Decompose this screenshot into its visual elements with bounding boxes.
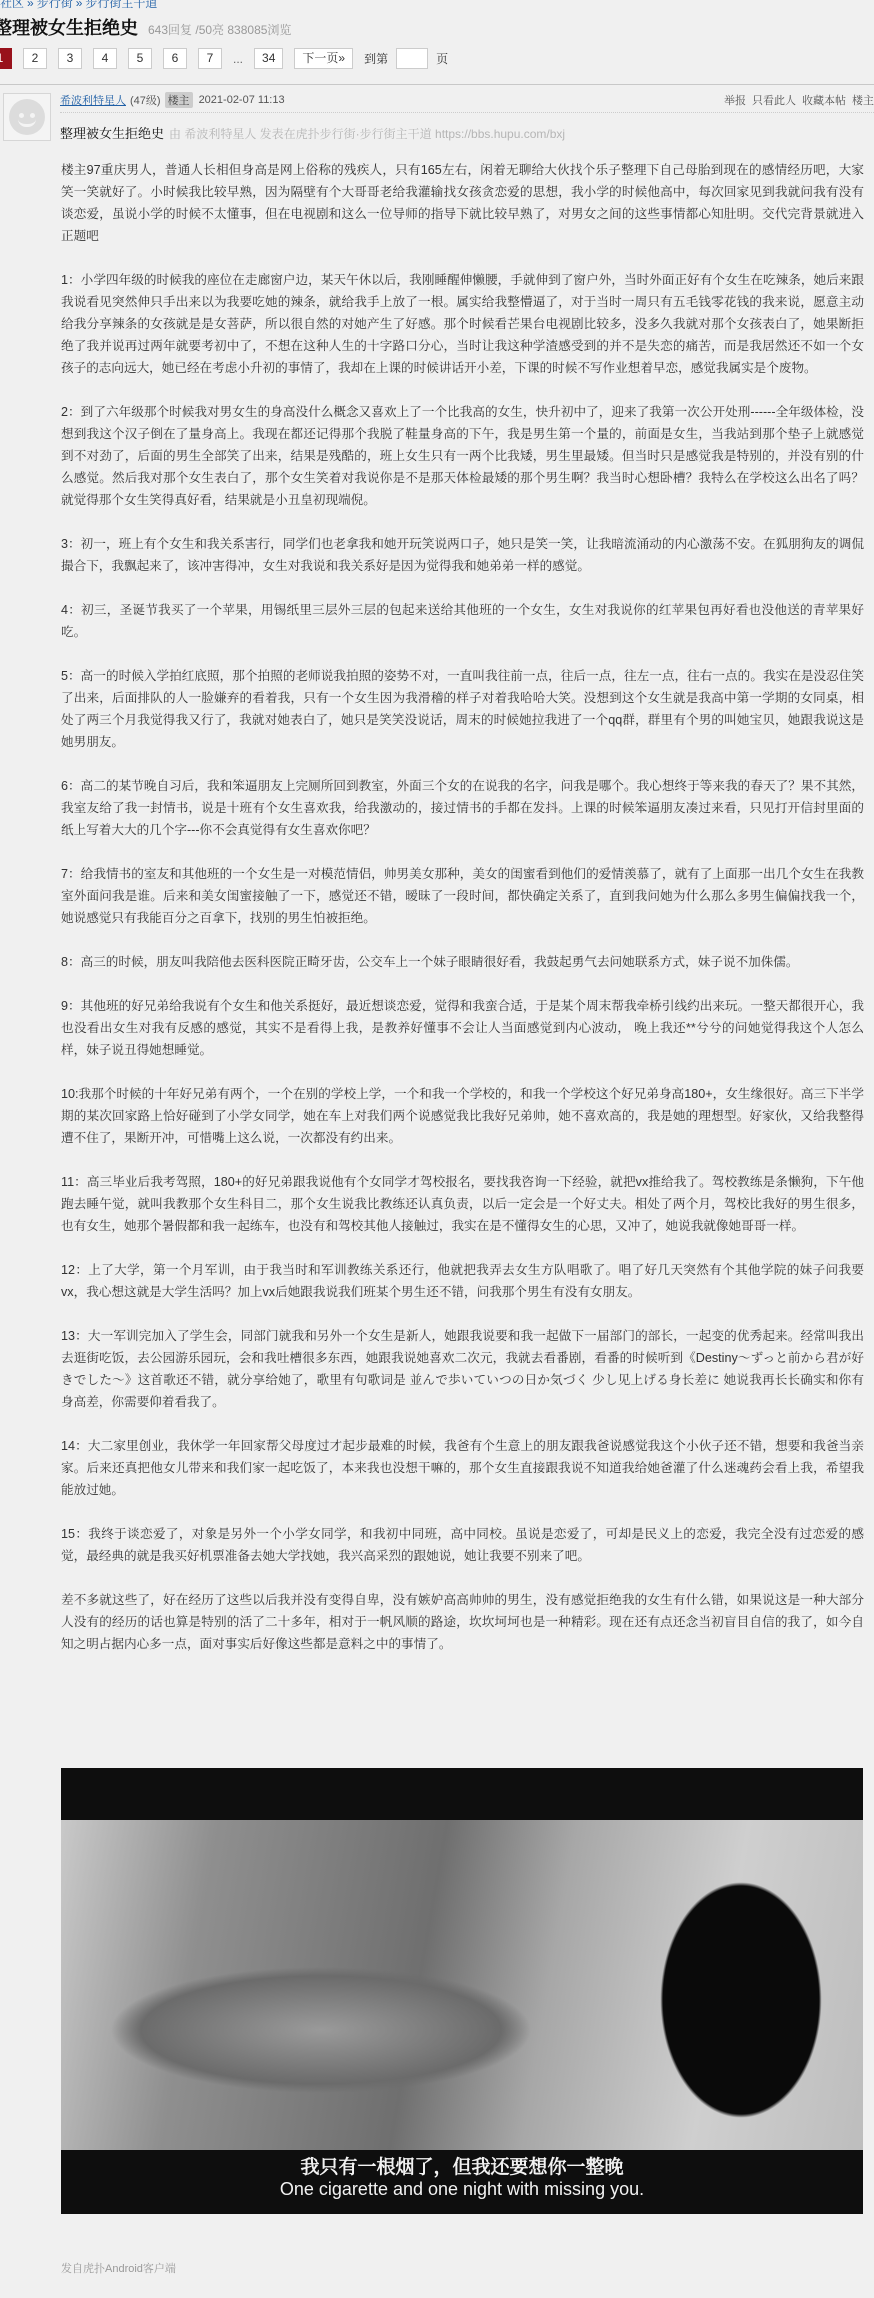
image-subtitle-en: One cigarette and one night with missing… — [61, 2179, 863, 2200]
floor-label: 楼主 — [852, 92, 874, 108]
paragraph-1: 1：小学四年级的时候我的座位在走廊窗户边，某天午休以后，我刚睡醒伸懒腰，手就伸到… — [61, 269, 864, 379]
thread-title: 整理被女生拒绝史 — [0, 14, 138, 40]
next-page-button[interactable]: 下一页» — [294, 48, 353, 69]
goto-page-suffix: 页 — [436, 50, 448, 67]
breadcrumb-link-bxj-main[interactable]: 步行街主干道 — [85, 0, 157, 10]
report-link[interactable]: 举报 — [724, 92, 746, 108]
paragraph-12: 12：上了大学，第一个月军训，由于我当时和军训教练关系还行，他就把我弄去女生方队… — [61, 1259, 864, 1303]
breadcrumb-separator: » — [76, 0, 83, 10]
page-6-button[interactable]: 6 — [163, 48, 187, 69]
author-level: (47级) — [130, 92, 161, 108]
paragraph-4: 4：初三，圣诞节我买了一个苹果，用锡纸里三层外三层的包起来送给其他班的一个女生，… — [61, 599, 864, 643]
post-subject: 整理被女生拒绝史 — [60, 123, 164, 142]
avatar[interactable] — [3, 93, 51, 141]
paragraph-10: 10:我那个时候的十年好兄弟有两个，一个在别的学校上学，一个和我一个学校的，和我… — [61, 1083, 864, 1149]
post-image[interactable]: 我只有一根烟了，但我还要想你一整晚 One cigarette and one … — [61, 1768, 863, 2214]
post-subject-row: 整理被女生拒绝史 由 希波利特星人 发表在虎扑步行街·步行街主干道 https:… — [60, 123, 874, 142]
page-5-button[interactable]: 5 — [128, 48, 152, 69]
paragraph-2: 2：到了六年级那个时候我对男女生的身高没什么概念又喜欢上了一个比我高的女生，快升… — [61, 401, 864, 511]
op-badge: 楼主 — [165, 92, 193, 108]
thread-stats: 643回复 /50亮 838085浏览 — [148, 21, 291, 38]
thread-title-row: 整理被女生拒绝史 643回复 /50亮 838085浏览 — [0, 14, 291, 40]
paragraph-9: 9：其他班的好兄弟给我说有个女生和他关系挺好，最近想谈恋爱，觉得和我蛮合适，于是… — [61, 995, 864, 1061]
pagination: 1 2 3 4 5 6 7 ... 34 下一页» 到第 页 — [0, 48, 448, 69]
paragraph-13: 13：大一军训完加入了学生会，同部门就我和另外一个女生是新人，她跟我说要和我一起… — [61, 1325, 864, 1413]
breadcrumb-separator: » — [27, 0, 34, 10]
meta-divider — [60, 112, 874, 113]
page-ellipsis: ... — [233, 52, 243, 66]
avatar-eye — [19, 113, 24, 118]
breadcrumb-link-community[interactable]: 社区 — [0, 0, 24, 10]
only-this-user-link[interactable]: 只看此人 — [752, 92, 796, 108]
avatar-eye — [30, 113, 35, 118]
favorite-thread-link[interactable]: 收藏本帖 — [802, 92, 846, 108]
breadcrumb-link-bxj[interactable]: 步行街 — [37, 0, 73, 10]
client-source: 发自虎扑Android客户端 — [61, 2260, 176, 2276]
paragraph-5: 5：高一的时候入学拍红底照，那个拍照的老师说我拍照的姿势不对，一直叫我往前一点，… — [61, 665, 864, 753]
paragraph-conclusion: 差不多就这些了，好在经历了这些以后我并没有变得自卑，没有嫉妒高高帅帅的男生，没有… — [61, 1589, 864, 1655]
paragraph-3: 3：初一，班上有个女生和我关系害行，同学们也老拿我和她开玩笑说两口子，她只是笑一… — [61, 533, 864, 577]
default-avatar-smiley-icon — [9, 99, 45, 135]
post-meta: 希波利特星人 (47级) 楼主 2021-02-07 11:13 举报 只看此人… — [60, 90, 874, 110]
post-actions: 举报 只看此人 收藏本帖 楼主 — [724, 92, 874, 108]
page-last-button[interactable]: 34 — [254, 48, 283, 69]
page-2-button[interactable]: 2 — [23, 48, 47, 69]
goto-page-label: 到第 — [364, 50, 388, 67]
paragraph-14: 14：大二家里创业，我休学一年回家帮父母度过才起步最难的时候，我爸有个生意上的朋… — [61, 1435, 864, 1501]
page-3-button[interactable]: 3 — [58, 48, 82, 69]
paragraph-15: 15：我终于谈恋爱了，对象是另外一个小学女同学，和我初中同班，高中同校。虽说是恋… — [61, 1523, 864, 1567]
post-source-line: 由 希波利特星人 发表在虎扑步行街·步行街主干道 https://bbs.hup… — [169, 125, 565, 142]
page-1-button[interactable]: 1 — [0, 48, 12, 69]
paragraph-8: 8：高三的时候，朋友叫我陪他去医科医院正畸牙齿，公交车上一个妹子眼睛很好看，我鼓… — [61, 951, 864, 973]
post-time: 2021-02-07 11:13 — [199, 94, 285, 106]
page-7-button[interactable]: 7 — [198, 48, 222, 69]
header-divider — [0, 84, 874, 85]
goto-page-input[interactable] — [396, 48, 428, 69]
paragraph-7: 7：给我情书的室友和其他班的一个女生是一对模范情侣，帅男美女那种，美女的闺蜜看到… — [61, 863, 864, 929]
image-subtitle-zh: 我只有一根烟了，但我还要想你一整晚 — [61, 2152, 863, 2179]
paragraph-intro: 楼主97重庆男人，普通人长相但身高是网上俗称的残疾人，只有165左右，闲着无聊给… — [61, 159, 864, 247]
paragraph-6: 6：高二的某节晚自习后，我和笨逼朋友上完厕所回到教室，外面三个女的在说我的名字，… — [61, 775, 864, 841]
breadcrumb: 社区»步行街»步行街主干道 — [0, 0, 157, 8]
post-content: 楼主97重庆男人，普通人长相但身高是网上俗称的残疾人，只有165左右，闲着无聊给… — [61, 159, 864, 1655]
paragraph-11: 11：高三毕业后我考驾照，180+的好兄弟跟我说他有个女同学才驾校报名，要找我咨… — [61, 1171, 864, 1237]
author-link[interactable]: 希波利特星人 — [60, 92, 126, 108]
image-scene — [61, 1820, 863, 2150]
page-4-button[interactable]: 4 — [93, 48, 117, 69]
avatar-mouth — [18, 119, 36, 127]
